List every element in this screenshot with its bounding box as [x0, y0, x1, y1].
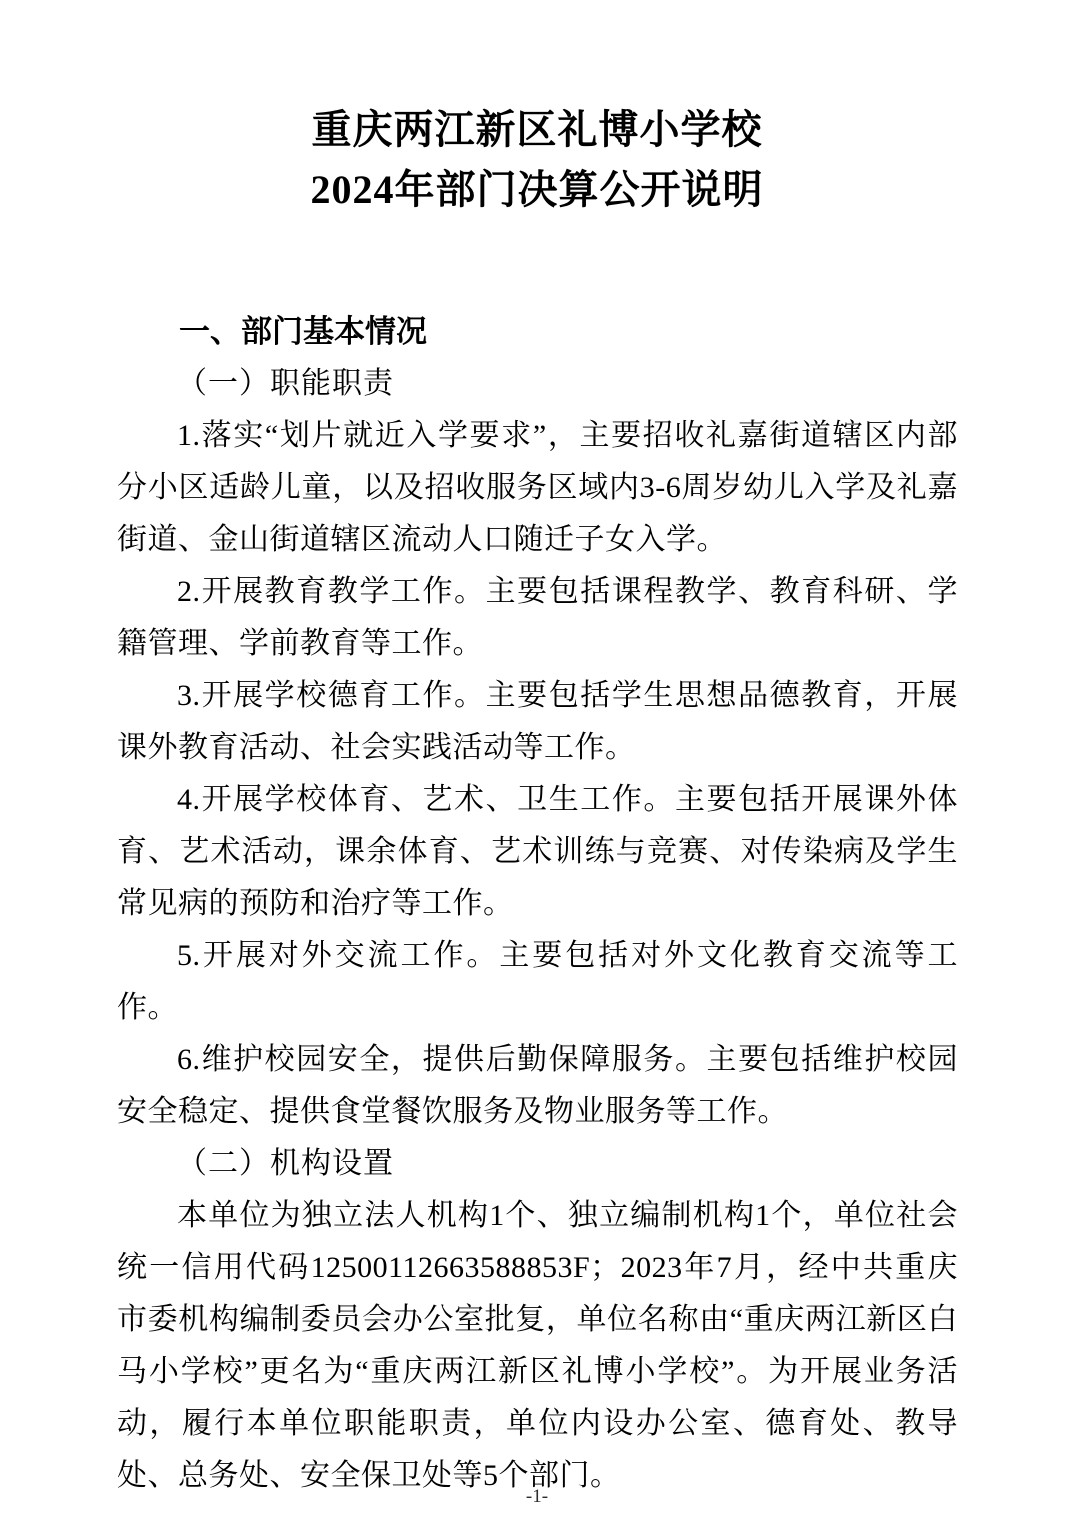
- paragraph-duty-4: 4.开展学校体育、艺术、卫生工作。主要包括开展课外体育、艺术活动，课余体育、艺术…: [117, 774, 958, 930]
- document-body: 一、部门基本情况 （一）职能职责 1.落实“划片就近入学要求”，主要招收礼嘉街道…: [117, 306, 958, 1502]
- paragraph-duty-1: 1.落实“划片就近入学要求”，主要招收礼嘉街道辖区内部分小区适龄儿童，以及招收服…: [117, 410, 958, 566]
- document-title: 重庆两江新区礼博小学校 2024年部门决算公开说明: [0, 0, 1074, 220]
- paragraph-duty-6: 6.维护校园安全，提供后勤保障服务。主要包括维护校园安全稳定、提供食堂餐饮服务及…: [117, 1034, 958, 1138]
- section-heading-basic-info: 一、部门基本情况: [117, 306, 958, 358]
- paragraph-organization: 本单位为独立法人机构1个、独立编制机构1个，单位社会统一信用代码12500112…: [117, 1190, 958, 1502]
- paragraph-duty-5: 5.开展对外交流工作。主要包括对外文化教育交流等工作。: [117, 930, 958, 1034]
- paragraph-duty-3: 3.开展学校德育工作。主要包括学生思想品德教育，开展课外教育活动、社会实践活动等…: [117, 670, 958, 774]
- subsection-heading-duties: （一）职能职责: [117, 358, 958, 410]
- document-page: 重庆两江新区礼博小学校 2024年部门决算公开说明 一、部门基本情况 （一）职能…: [0, 0, 1074, 1520]
- document-title-line1: 重庆两江新区礼博小学校: [0, 100, 1074, 160]
- subsection-heading-organization: （二）机构设置: [117, 1138, 958, 1190]
- page-number: -1-: [0, 1486, 1074, 1508]
- paragraph-duty-2: 2.开展教育教学工作。主要包括课程教学、教育科研、学籍管理、学前教育等工作。: [117, 566, 958, 670]
- document-title-line2: 2024年部门决算公开说明: [0, 160, 1074, 220]
